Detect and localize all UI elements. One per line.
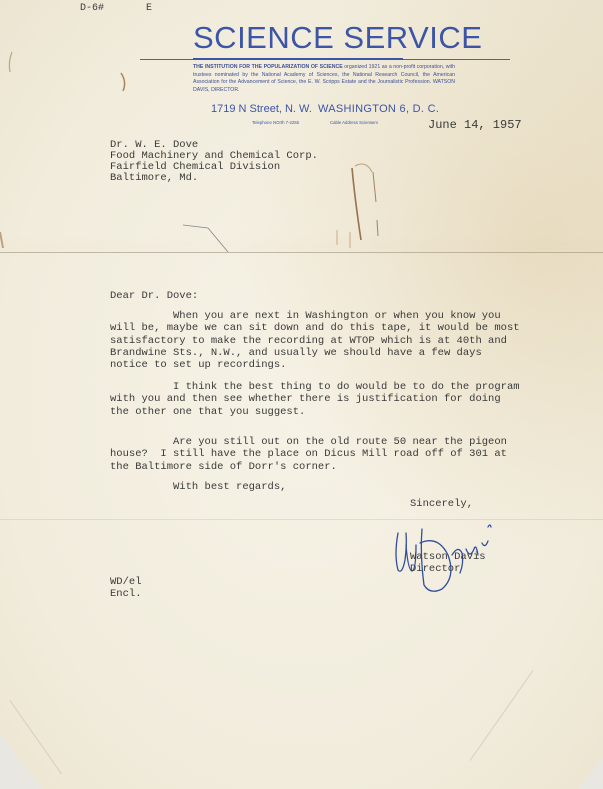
reference-line: WD/el	[110, 577, 142, 589]
paragraph: Are you still out on the old route 50 ne…	[110, 436, 507, 473]
signer-block: Watson Davis Director	[410, 551, 486, 575]
paragraph: With best regards,	[110, 481, 286, 493]
enclosure-line: Encl.	[110, 589, 142, 601]
recipient-block: Dr. W. E. Dove Food Machinery and Chemic…	[110, 140, 318, 184]
paragraph-line: Are you still out on the old route 50 ne…	[110, 436, 507, 448]
fold-line	[0, 252, 603, 253]
street-address: 1719 N Street, N. W.	[211, 103, 312, 115]
file-letter: E	[146, 3, 152, 14]
letter-date: June 14, 1957	[428, 118, 522, 132]
description-lead: THE INSTITUTION FOR THE POPULARIZATION O…	[193, 64, 343, 70]
organization-description: THE INSTITUTION FOR THE POPULARIZATION O…	[193, 64, 455, 94]
closing: Sincerely,	[410, 498, 473, 510]
paragraph-line: with you and then see whether there is j…	[110, 393, 520, 405]
file-code: D-6#	[80, 3, 104, 14]
salutation: Dear Dr. Dove:	[110, 290, 198, 302]
city-address: WASHINGTON 6, D. C.	[318, 103, 439, 115]
letterhead-rule-bold	[193, 58, 403, 60]
paragraph: I think the best thing to do would be to…	[110, 381, 520, 418]
paragraph-line: house? I still have the place on Dicus M…	[110, 448, 507, 460]
paragraph-line: the Baltimore side of Dorr's corner.	[110, 461, 507, 473]
paragraph-line: will be, maybe we can sit down and do th…	[110, 322, 520, 334]
reference-initials: WD/el Encl.	[110, 577, 142, 600]
cable-address: Cable Address Scienserv	[330, 120, 378, 125]
recipient-line: Baltimore, Md.	[110, 173, 318, 184]
signer-title: Director	[410, 563, 486, 575]
signer-name: Watson Davis	[410, 551, 486, 563]
letter-paper: D-6# E SCIENCE SERVICE THE INSTITUTION F…	[0, 0, 603, 789]
paragraph-line: When you are next in Washington or when …	[110, 310, 520, 322]
paragraph-line: the other one that you suggest.	[110, 406, 520, 418]
organization-name: SCIENCE SERVICE	[193, 20, 482, 56]
paragraph-line: With best regards,	[110, 481, 286, 493]
paragraph-line: satisfactory to make the recording at WT…	[110, 335, 520, 347]
paragraph-line: I think the best thing to do would be to…	[110, 381, 520, 393]
paragraph: When you are next in Washington or when …	[110, 310, 520, 371]
paragraph-line: Brandwine Sts., N.W., and usually we sho…	[110, 347, 520, 359]
telephone: Telephone NOrth 7-2255	[252, 120, 299, 125]
paragraph-line: notice to set up recordings.	[110, 359, 520, 371]
